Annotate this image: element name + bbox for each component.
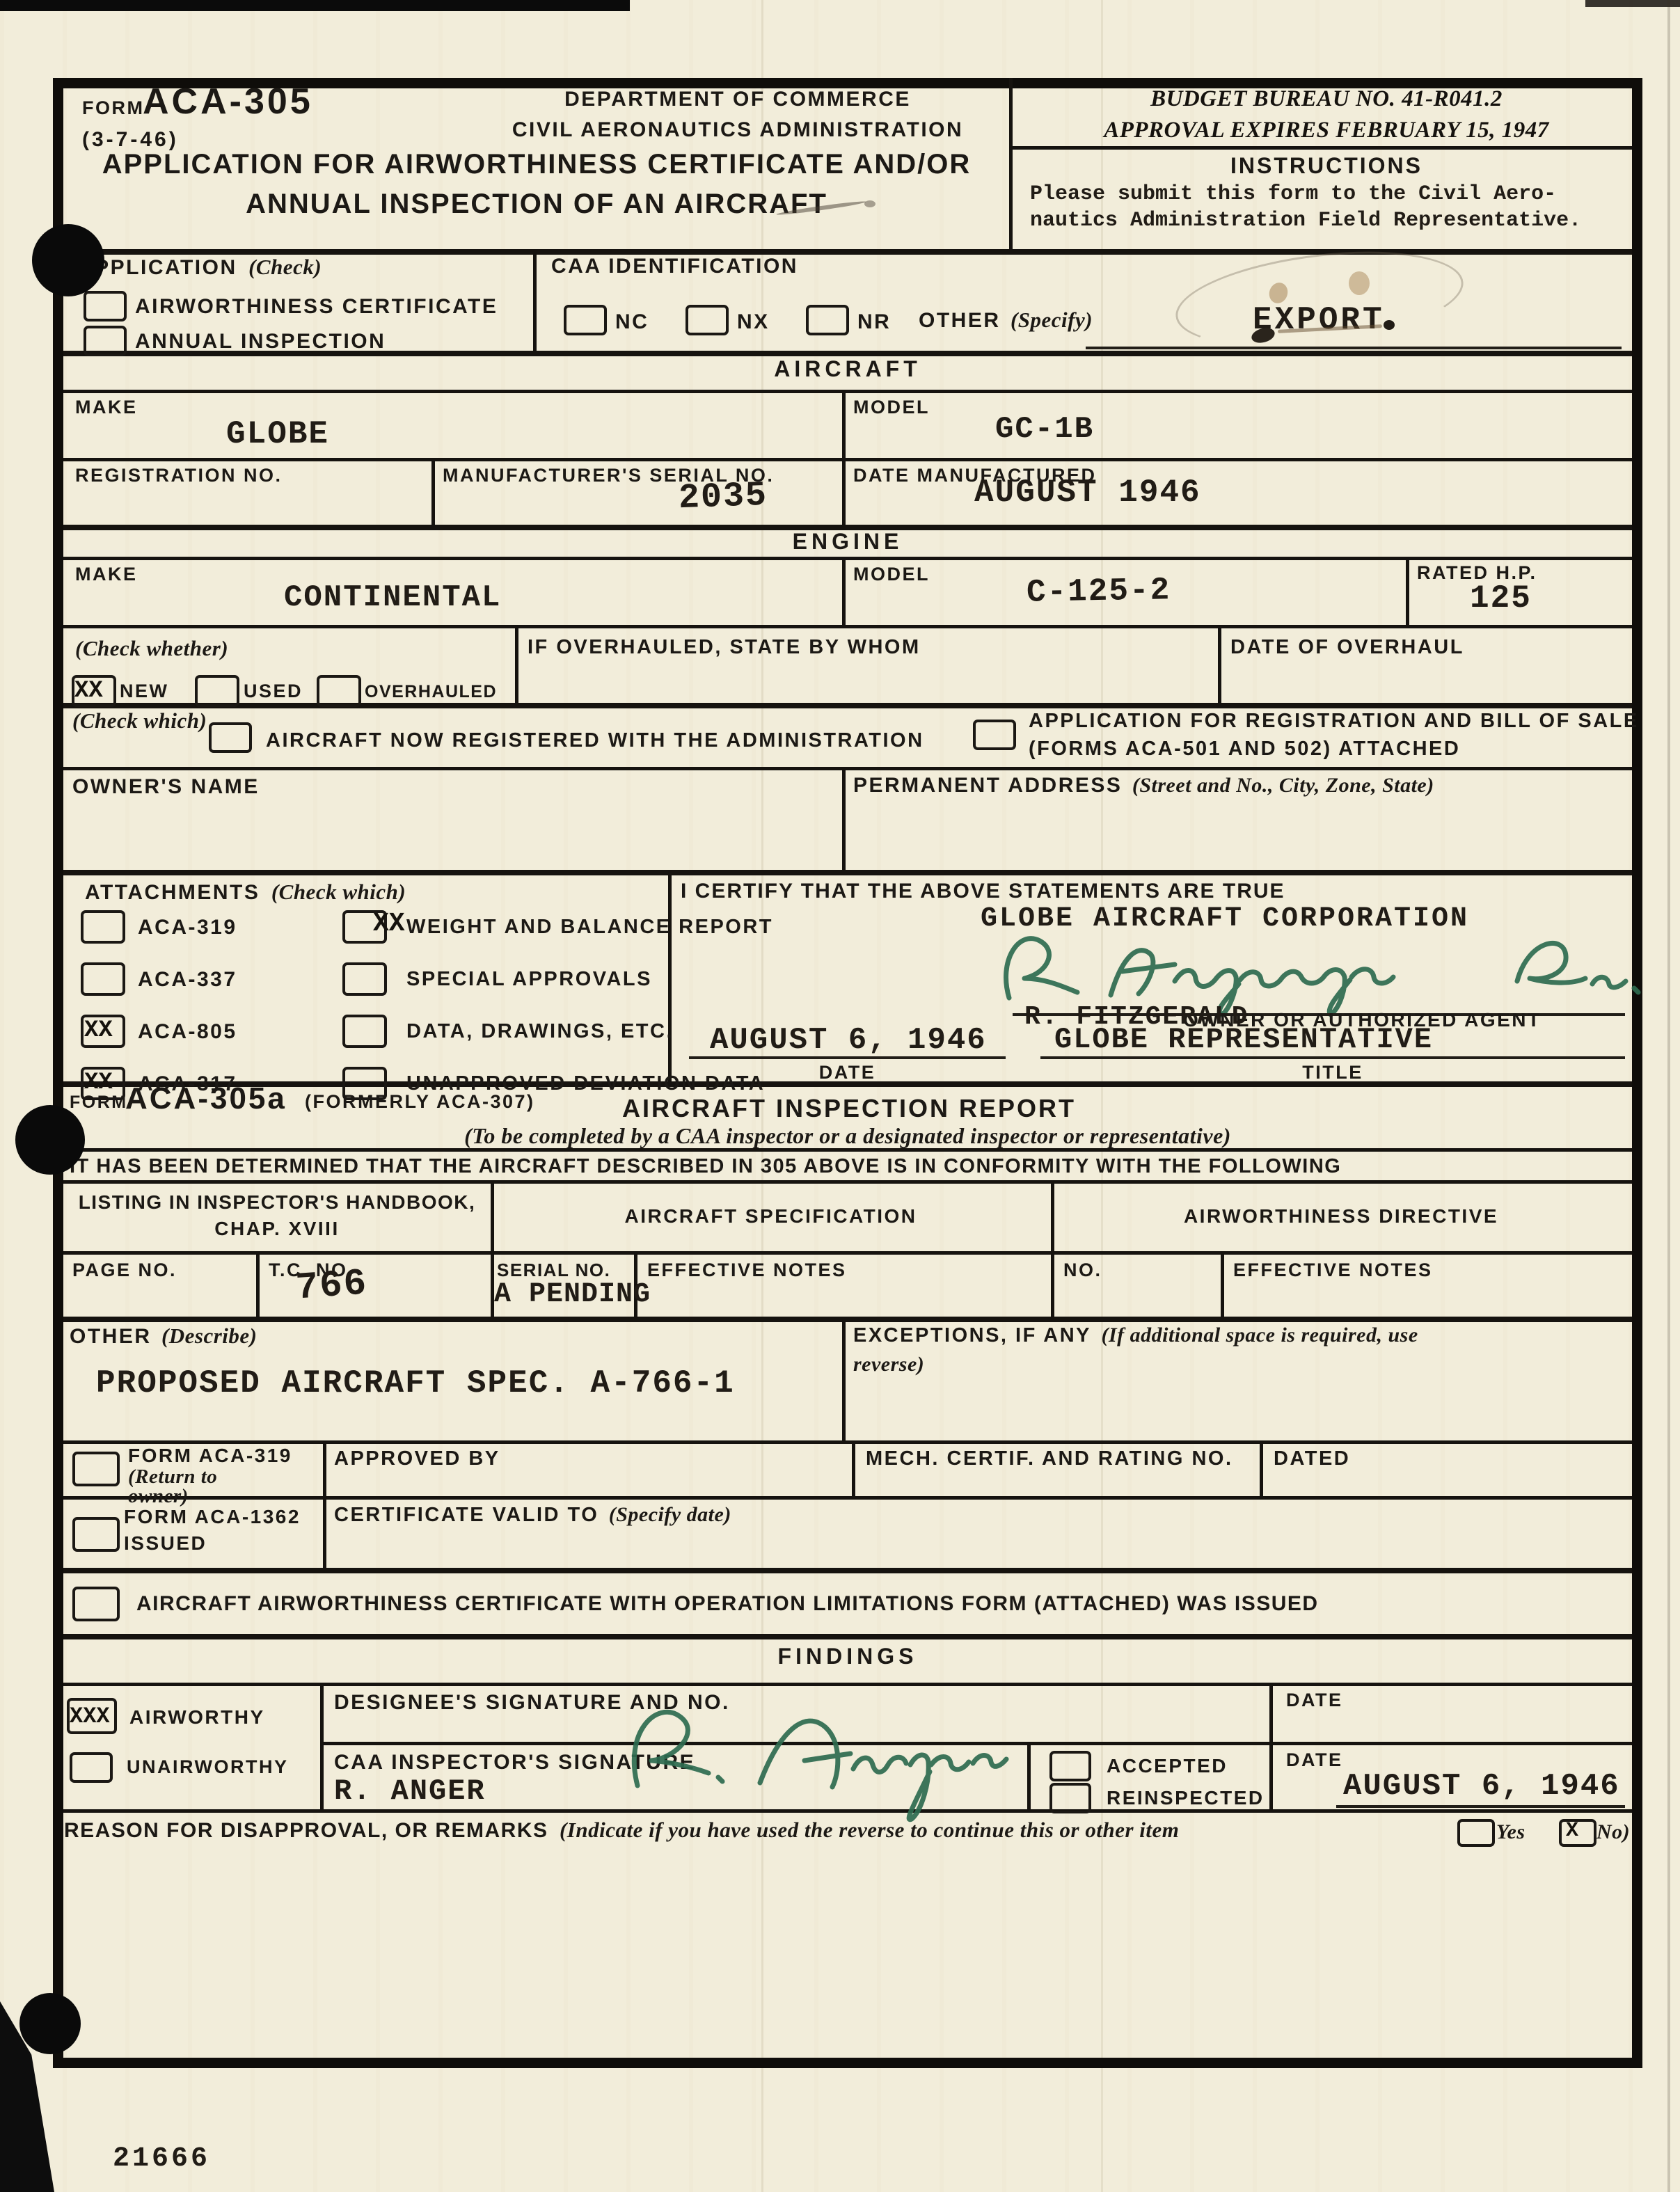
rule bbox=[63, 390, 1632, 393]
instructions-title: INSTRUCTIONS bbox=[1020, 153, 1633, 179]
rule bbox=[63, 557, 1632, 560]
determination-statement: IT HAS BEEN DETERMINED THAT THE AIRCRAFT… bbox=[70, 1155, 1341, 1178]
aca-337-label: ACA-337 bbox=[138, 968, 237, 992]
annual-inspection-label: ANNUAL INSPECTION bbox=[135, 330, 386, 354]
check-which-label: (Check which) bbox=[72, 708, 207, 733]
insp-form-word: FORM bbox=[70, 1093, 128, 1113]
budget-line1: BUDGET BUREAU NO. 41-R041.2 bbox=[1020, 86, 1633, 112]
nc-checkbox bbox=[564, 305, 607, 335]
punch-hole bbox=[15, 1105, 85, 1175]
registration-application-line2: (FORMS ACA-501 AND 502) ATTACHED bbox=[1029, 738, 1460, 761]
form-title: APPLICATION FOR AIRWORTHINESS CERTIFICAT… bbox=[63, 149, 1010, 220]
rule bbox=[431, 458, 435, 525]
rule bbox=[842, 767, 846, 870]
applicant-typed-name: R. FITZGERALD bbox=[1024, 1002, 1249, 1032]
serial-no-value: 2035 bbox=[678, 476, 768, 518]
rule bbox=[842, 390, 846, 458]
punch-hole bbox=[32, 224, 104, 296]
registered-label: AIRCRAFT NOW REGISTERED WITH THE ADMINIS… bbox=[266, 729, 924, 752]
department-line2: CIVIL AERONAUTICS ADMINISTRATION bbox=[459, 118, 1016, 142]
special-approvals-checkbox bbox=[342, 962, 387, 996]
engine-make-label: MAKE bbox=[75, 564, 138, 585]
remarks-no-label: No) bbox=[1596, 1820, 1630, 1844]
data-drawings-label: DATA, DRAWINGS, ETC. bbox=[406, 1020, 674, 1043]
form-aca-1362-label: FORM ACA-1362 bbox=[124, 1506, 301, 1528]
rule bbox=[1221, 1251, 1224, 1317]
date-label: DATE bbox=[689, 1062, 1006, 1083]
nr-checkbox bbox=[806, 305, 849, 335]
engine-model-label: MODEL bbox=[853, 564, 930, 585]
accepted-checkbox bbox=[1049, 1751, 1091, 1781]
document-number: 21666 bbox=[113, 2143, 210, 2175]
cert-issued-checkbox bbox=[72, 1587, 120, 1621]
rule bbox=[1051, 1180, 1054, 1317]
date-manufactured-value: AUGUST 1946 bbox=[974, 475, 1201, 511]
return-to-line2: owner) bbox=[128, 1485, 189, 1508]
handbook-header-line2: CHAP. XVIII bbox=[63, 1218, 491, 1240]
directive-no-label: NO. bbox=[1063, 1260, 1102, 1281]
exceptions-label: EXCEPTIONS, IF ANY (If additional space … bbox=[853, 1324, 1418, 1347]
registration-application-checkbox bbox=[973, 720, 1016, 750]
rule bbox=[63, 625, 1632, 628]
rule bbox=[63, 1317, 1632, 1322]
dated-label: DATED bbox=[1274, 1447, 1350, 1470]
engine-overhauled-label: OVERHAULED bbox=[365, 682, 497, 702]
rule bbox=[323, 1440, 326, 1568]
mech-certif-label: MECH. CERTIF. AND RATING NO. bbox=[866, 1447, 1233, 1470]
other-specify-label: OTHER (Specify) bbox=[919, 308, 1093, 333]
budget-line2: APPROVAL EXPIRES FEBRUARY 15, 1947 bbox=[1020, 118, 1633, 143]
registration-no-label: REGISTRATION NO. bbox=[75, 465, 283, 486]
form-aca-319-checkbox bbox=[72, 1452, 120, 1486]
engine-new-mark: XX bbox=[74, 678, 103, 704]
nr-label: NR bbox=[857, 310, 891, 334]
rated-hp-value: 125 bbox=[1470, 580, 1532, 617]
aca-319-checkbox bbox=[81, 910, 125, 944]
form-aca-319-label: FORM ACA-319 bbox=[128, 1445, 292, 1467]
rule bbox=[63, 870, 1632, 875]
ink-smudge bbox=[1349, 271, 1370, 295]
attachments-label: ATTACHMENTS (Check which) bbox=[85, 880, 406, 905]
airworthy-mark: XXX bbox=[70, 1703, 110, 1729]
rule bbox=[533, 249, 537, 351]
rule bbox=[63, 458, 1632, 461]
effective-notes-label: EFFECTIVE NOTES bbox=[647, 1260, 847, 1281]
rule bbox=[668, 870, 672, 1081]
unairworthy-label: UNAIRWORTHY bbox=[127, 1756, 289, 1778]
rule bbox=[1218, 625, 1221, 703]
insp-formerly: (FORMERLY ACA-307) bbox=[305, 1091, 535, 1113]
registration-application-line1: APPLICATION FOR REGISTRATION AND BILL OF… bbox=[1029, 710, 1639, 733]
pencil-smudge bbox=[864, 200, 875, 207]
application-label: APPLICATION (Check) bbox=[78, 255, 322, 280]
spec-serial-label: SERIAL NO. bbox=[497, 1260, 610, 1281]
rule bbox=[842, 1317, 846, 1440]
directive-header: AIRWORTHINESS DIRECTIVE bbox=[1051, 1205, 1631, 1228]
certificate-valid-label: CERTIFICATE VALID TO (Specify date) bbox=[334, 1503, 731, 1527]
overhauled-by-label: IF OVERHAULED, STATE BY WHOM bbox=[528, 636, 921, 659]
aca-805-label: ACA-805 bbox=[138, 1020, 237, 1044]
rule bbox=[842, 458, 846, 525]
form-number: ACA-305 bbox=[143, 81, 313, 122]
rule bbox=[852, 1440, 855, 1496]
spec-serial-value: A PENDING bbox=[494, 1279, 651, 1310]
permanent-address-label: PERMANENT ADDRESS (Street and No., City,… bbox=[853, 774, 1434, 797]
rule bbox=[63, 1568, 1632, 1573]
rule bbox=[1009, 146, 1632, 150]
approved-by-label: APPROVED BY bbox=[334, 1447, 500, 1470]
title-line bbox=[1040, 1056, 1625, 1059]
form-title-line1: APPLICATION FOR AIRWORTHINESS CERTIFICAT… bbox=[63, 149, 1010, 180]
aca-319-label: ACA-319 bbox=[138, 916, 237, 939]
insp-subtitle: (To be completed by a CAA inspector or a… bbox=[63, 1123, 1632, 1149]
engine-make-value: CONTINENTAL bbox=[284, 580, 501, 615]
scanned-form-aca-305: FORM ACA-305 (3-7-46) DEPARTMENT OF COMM… bbox=[0, 0, 1680, 2192]
instructions-line1: Please submit this form to the Civil Aer… bbox=[1030, 182, 1556, 206]
paper-edge-line bbox=[1667, 0, 1670, 2192]
other-describe-label: OTHER (Describe) bbox=[70, 1324, 257, 1349]
reinspected-label: REINSPECTED bbox=[1107, 1787, 1265, 1809]
inspector-signature bbox=[599, 1688, 1016, 1827]
rule bbox=[63, 1440, 1632, 1444]
rule bbox=[1260, 1440, 1263, 1496]
nx-label: NX bbox=[737, 310, 770, 334]
inspector-typed-name: R. ANGER bbox=[334, 1774, 486, 1808]
form-word: FORM bbox=[82, 97, 144, 119]
aircraft-make-label: MAKE bbox=[75, 397, 138, 418]
scan-edge-bar bbox=[0, 0, 630, 11]
findings-date-label1: DATE bbox=[1286, 1690, 1343, 1711]
insp-title: AIRCRAFT INSPECTION REPORT bbox=[529, 1094, 1169, 1123]
insp-form-number: ACA-305a bbox=[125, 1081, 287, 1116]
page-no-label: PAGE NO. bbox=[72, 1260, 177, 1281]
rule bbox=[1027, 1742, 1031, 1809]
airworthiness-certificate-checkbox bbox=[84, 291, 127, 321]
instructions: INSTRUCTIONS bbox=[1020, 153, 1633, 179]
check-whether-label: (Check whether) bbox=[75, 636, 228, 661]
owners-name-label: OWNER'S NAME bbox=[72, 775, 260, 799]
airworthy-label: AIRWORTHY bbox=[129, 1706, 265, 1729]
nc-label: NC bbox=[615, 310, 649, 334]
rule bbox=[63, 1683, 1632, 1686]
cert-issued-label: AIRCRAFT AIRWORTHINESS CERTIFICATE WITH … bbox=[136, 1592, 1319, 1616]
aca-337-checkbox bbox=[81, 962, 125, 996]
rule bbox=[256, 1251, 260, 1317]
form-revision: (3-7-46) bbox=[82, 128, 179, 152]
overhaul-date-label: DATE OF OVERHAUL bbox=[1230, 636, 1464, 659]
punch-hole bbox=[19, 1993, 81, 2054]
rule bbox=[63, 1634, 1632, 1639]
effective-notes-label2: EFFECTIVE NOTES bbox=[1233, 1260, 1433, 1281]
nx-checkbox bbox=[686, 305, 729, 335]
findings-date-value: AUGUST 6, 1946 bbox=[1343, 1769, 1620, 1804]
rule bbox=[1406, 557, 1409, 625]
aircraft-make-value: GLOBE bbox=[226, 416, 329, 452]
weight-balance-mark: XX bbox=[373, 909, 405, 939]
ink-smudge bbox=[1384, 320, 1395, 330]
instructions-line2: nautics Administration Field Representat… bbox=[1030, 209, 1581, 232]
handbook-header-line1: LISTING IN INSPECTOR'S HANDBOOK, bbox=[63, 1191, 491, 1214]
registered-checkbox bbox=[209, 722, 252, 753]
rule bbox=[1269, 1683, 1273, 1809]
rule bbox=[515, 625, 518, 703]
airworthiness-certificate-label: AIRWORTHINESS CERTIFICATE bbox=[135, 295, 498, 319]
engine-section-title: ENGINE bbox=[63, 529, 1632, 555]
certification-date-value: AUGUST 6, 1946 bbox=[710, 1023, 987, 1058]
form-aca-1362-checkbox bbox=[72, 1517, 120, 1552]
annual-inspection-checkbox bbox=[84, 326, 127, 356]
findings-date-label2: DATE bbox=[1286, 1749, 1343, 1771]
remarks-yes-checkbox bbox=[1457, 1819, 1495, 1847]
engine-overhauled-checkbox bbox=[317, 675, 361, 707]
issued-label: ISSUED bbox=[124, 1532, 207, 1555]
reinspected-checkbox bbox=[1049, 1783, 1091, 1813]
findings-section-title: FINDINGS bbox=[63, 1644, 1632, 1669]
engine-new-label: NEW bbox=[120, 681, 169, 702]
department-header: DEPARTMENT OF COMMERCE CIVIL AERONAUTICS… bbox=[459, 88, 1016, 142]
rule bbox=[63, 703, 1632, 708]
unairworthy-checkbox bbox=[70, 1752, 113, 1783]
budget-bureau: BUDGET BUREAU NO. 41-R041.2 APPROVAL EXP… bbox=[1020, 86, 1633, 143]
caa-identification-label: CAA IDENTIFICATION bbox=[551, 255, 798, 278]
rule bbox=[842, 557, 846, 625]
spec-header: AIRCRAFT SPECIFICATION bbox=[491, 1205, 1051, 1228]
aca-805-mark: XX bbox=[84, 1017, 113, 1044]
weight-balance-label: WEIGHT AND BALANCE REPORT bbox=[406, 916, 773, 939]
rule bbox=[63, 767, 1632, 770]
certify-statement: I CERTIFY THAT THE ABOVE STATEMENTS ARE … bbox=[681, 880, 1285, 903]
exceptions-label-line2: reverse) bbox=[853, 1353, 924, 1376]
engine-used-label: USED bbox=[244, 681, 303, 702]
data-drawings-checkbox bbox=[342, 1015, 387, 1048]
other-specify-line bbox=[1086, 347, 1622, 349]
accepted-label: ACCEPTED bbox=[1107, 1755, 1228, 1777]
remarks-no-mark: X bbox=[1566, 1819, 1578, 1843]
aircraft-model-label: MODEL bbox=[853, 397, 930, 418]
rule bbox=[63, 1251, 1632, 1255]
special-approvals-label: SPECIAL APPROVALS bbox=[406, 968, 652, 991]
aircraft-section-title: AIRCRAFT bbox=[63, 356, 1632, 382]
tc-no-value: 766 bbox=[294, 1262, 369, 1310]
other-describe-value: PROPOSED AIRCRAFT SPEC. A-766-1 bbox=[96, 1365, 735, 1401]
scan-edge-mark bbox=[1585, 0, 1680, 7]
aircraft-model-value: GC-1B bbox=[995, 412, 1094, 447]
rule bbox=[63, 1180, 1632, 1184]
remarks-yes-label: Yes bbox=[1496, 1820, 1526, 1844]
date-line bbox=[689, 1056, 1006, 1059]
rule bbox=[63, 1496, 1632, 1500]
engine-used-checkbox bbox=[195, 675, 239, 707]
findings-date-line bbox=[1336, 1805, 1625, 1808]
department-line1: DEPARTMENT OF COMMERCE bbox=[459, 88, 1016, 111]
title-label: TITLE bbox=[1040, 1062, 1625, 1083]
rule bbox=[320, 1683, 324, 1809]
engine-model-value: C-125-2 bbox=[1027, 572, 1171, 611]
